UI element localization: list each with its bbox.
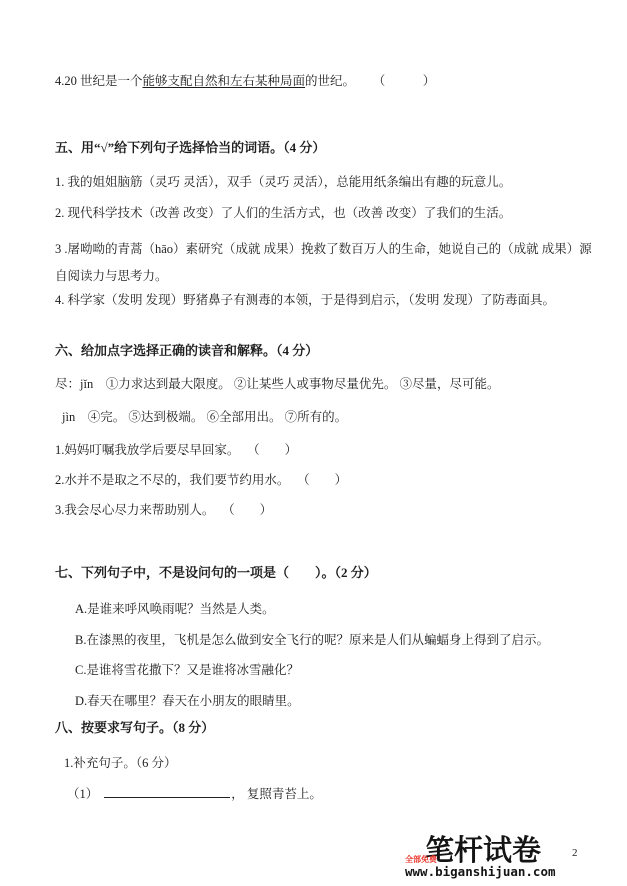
fill-in-blank-line	[104, 785, 230, 798]
section-8-item-1: （1）， 复照青苔上。	[67, 785, 322, 803]
section-6-item-3-suffix: 心尽力来帮助别人。	[102, 503, 215, 517]
section-5-item-3: 3 .屠呦呦的青蒿（hāo）素研究（成就 成果）挽救了数百万人的生命，她说自己的…	[55, 236, 595, 290]
section-7-option-d: D.春天在哪里？春天在小朋友的眼睛里。	[75, 693, 300, 710]
section-7-heading: 七、下列句子中，不是设问句的一项是（ ）。（2 分）	[55, 564, 377, 581]
section-6-item-2-suffix: 的，我们要节约用水。	[164, 473, 289, 487]
section-8-heading: 八、按要求写句子。（8 分）	[55, 719, 214, 736]
website-url: www.biganshijuan.com	[405, 864, 556, 879]
section-6-gloss-jin3: 尽：jǐn ①力求达到最大限度。 ②让某些人或事物尽量优先。 ③尽量，尽可能。	[55, 376, 499, 393]
section-6-item-2-prefix: 2.水并不是取之不	[55, 473, 152, 487]
section-6-item-1-suffix: 早回家。	[189, 443, 239, 457]
answer-blank: （ ）	[253, 443, 297, 457]
dotted-character: 尽	[89, 503, 102, 517]
section-8-item-1-number: （1）	[67, 787, 98, 801]
section-6-item-3: 3.我会尽心尽力来帮助别人。（ ）	[55, 502, 272, 519]
section-5-item-4: 4. 科学家（发明 发现）野猪鼻子有测毒的本领，于是得到启示，（发明 发现）了防…	[55, 292, 555, 309]
section-7-option-a: A.是谁来呼风唤雨呢？当然是人类。	[75, 601, 275, 618]
judge-question-4-suffix: 的世纪。	[305, 74, 355, 88]
page-number: 2	[572, 847, 578, 859]
site-logo: 笔杆试卷	[425, 828, 541, 869]
dotted-character: 尽	[177, 443, 190, 457]
section-7-option-c: C.是谁将雪花撒下？又是谁将冰雪融化？	[75, 662, 299, 679]
section-6-gloss-jin4: jìn ④完。 ⑤达到极端。 ⑥全部用出。 ⑦所有的。	[62, 409, 347, 426]
section-5-item-2: 2. 现代科学技术（改善 改变）了人们的生活方式，也（改善 改变）了我们的生活。	[55, 205, 511, 222]
section-5-item-1: 1. 我的姐姐脑筋（灵巧 灵活），双手（灵巧 灵活），总能用纸条编出有趣的玩意儿…	[55, 174, 511, 191]
exam-paper-page: 4.20 世纪是一个能够支配自然和左右某种局面的世纪。（ ） 五、用“√”给下列…	[0, 0, 627, 886]
section-6-item-1: 1.妈妈叮嘱我放学后要尽早回家。（ ）	[55, 442, 297, 459]
section-6-item-2: 2.水并不是取之不尽的，我们要节约用水。（ ）	[55, 472, 347, 489]
answer-blank: （ ）	[228, 503, 272, 517]
section-5-heading: 五、用“√”给下列句子选择恰当的词语。（4 分）	[55, 139, 325, 156]
section-8-sub-1: 1.补充句子。（6 分）	[64, 755, 177, 772]
answer-blank: （ ）	[379, 74, 435, 88]
section-6-item-1-prefix: 1.妈妈叮嘱我放学后要	[55, 443, 177, 457]
judge-question-4-prefix: 4.20 世纪是一个	[55, 74, 143, 88]
section-6-heading: 六、给加点字选择正确的读音和解释。（4 分）	[55, 342, 318, 359]
section-7-option-b: B.在漆黑的夜里，飞机是怎么做到安全飞行的呢？原来是人们从蝙蝠身上得到了启示。	[75, 632, 549, 649]
judge-question-4: 4.20 世纪是一个能够支配自然和左右某种局面的世纪。（ ）	[55, 73, 435, 90]
section-8-item-1-suffix: ， 复照青苔上。	[231, 787, 322, 801]
answer-blank: （ ）	[303, 473, 347, 487]
section-6-item-3-prefix: 3.我会	[55, 503, 89, 517]
judge-question-4-underlined: 能够支配自然和左右某种局面	[143, 74, 306, 88]
dotted-character: 尽	[152, 473, 165, 487]
